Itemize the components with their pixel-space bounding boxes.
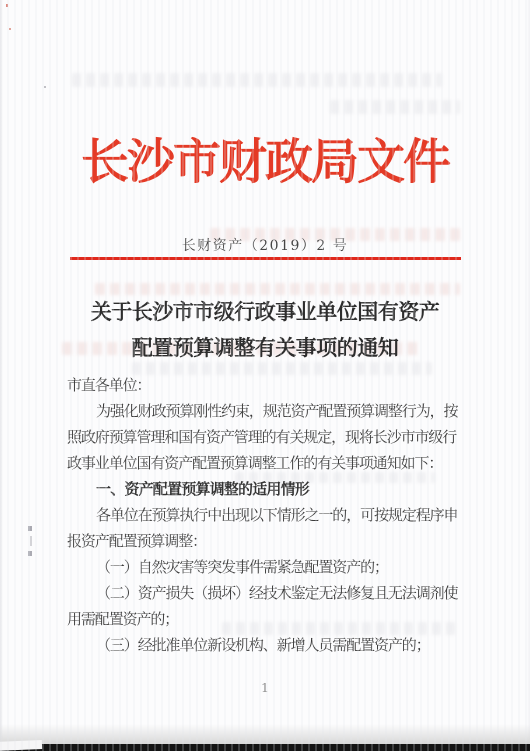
page-number: 1 <box>0 680 530 695</box>
body-line: 为强化财政预算刚性约束，规范资产配置预算调整行为，按 <box>67 398 467 424</box>
scan-speck <box>44 86 46 88</box>
notice-title-line2: 配置预算调整有关事项的通知 <box>0 330 530 366</box>
page-bottom-shadow <box>0 724 530 744</box>
body-text: 市直各单位： 为强化财政预算刚性约束，规范资产配置预算调整行为，按 照政府预算管… <box>67 372 467 658</box>
body-line: 政事业单位国有资产配置预算调整工作的有关事项通知如下： <box>67 450 467 476</box>
scan-speck <box>28 526 32 531</box>
scanned-document-page: 长沙市财政局文件 长财资产（2019）2 号 关于长沙市市级行政事业单位国有资产… <box>0 0 530 751</box>
doc-number: 长财资产（2019）2 号 <box>0 237 530 255</box>
scan-bottom-bar <box>0 744 530 751</box>
bleed-through-smudge <box>330 100 460 114</box>
body-line: 用需配置资产的； <box>67 606 467 632</box>
salutation: 市直各单位： <box>67 372 467 398</box>
section-heading: 一、资产配置预算调整的适用情形 <box>67 476 467 502</box>
body-line: 各单位在预算执行中出现以下情形之一的，可按规定程序申 <box>67 502 467 528</box>
scan-speck <box>28 551 32 556</box>
bleed-through-smudge <box>72 73 442 87</box>
notice-title-line1: 关于长沙市市级行政事业单位国有资产 <box>0 294 530 330</box>
page-left-edge <box>0 0 3 751</box>
scan-speck <box>6 4 8 7</box>
body-line: 照政府预算管理和国有资产管理的有关规定，现将长沙市市级行 <box>67 424 467 450</box>
agency-title: 长沙市财政局文件 <box>0 134 530 190</box>
red-separator-line <box>70 257 461 260</box>
body-line: （三）经批准单位新设机构、新增人员需配置资产的； <box>67 632 467 658</box>
body-line: 报资产配置预算调整： <box>67 528 467 554</box>
body-line: （一）自然灾害等突发事件需紧急配置资产的； <box>67 554 467 580</box>
scan-speck <box>30 536 32 546</box>
scan-speck <box>9 28 11 30</box>
notice-title: 关于长沙市市级行政事业单位国有资产 配置预算调整有关事项的通知 <box>0 294 530 366</box>
body-line: （二）资产损失（损坏）经技术鉴定无法修复且无法调剂使 <box>67 580 467 606</box>
